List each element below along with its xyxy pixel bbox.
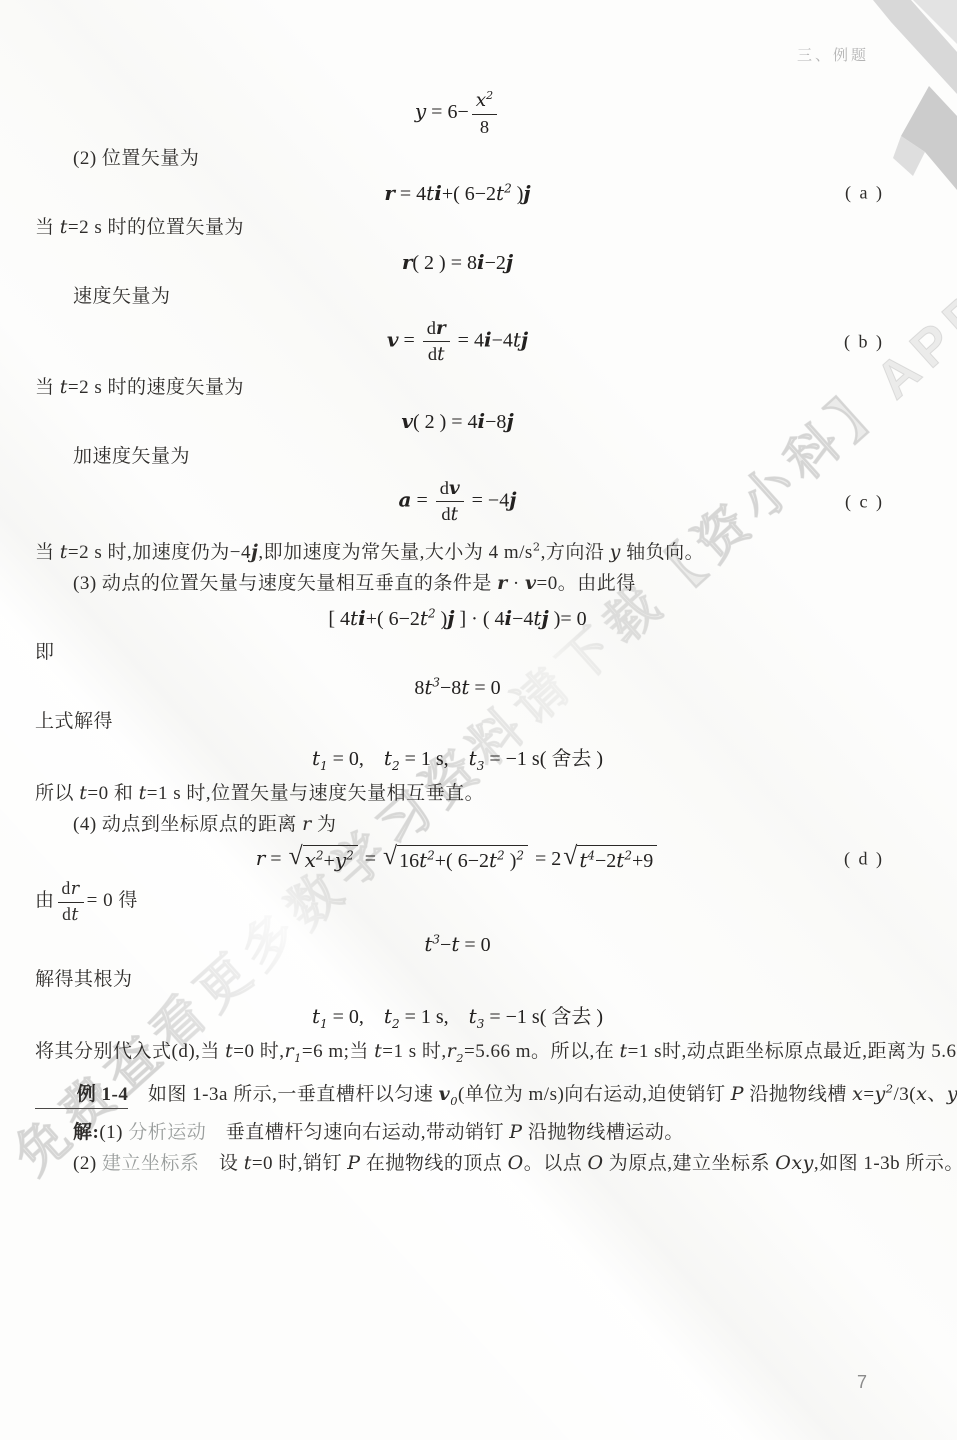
text-run: ) (436, 608, 448, 630)
paragraph: 即 (35, 637, 880, 668)
text-run: −8 (440, 677, 461, 699)
equation: t1 = 0, t2 = 1 s, t3 = −1 s( 舍去 ) (35, 742, 880, 773)
text-run: y (947, 1083, 957, 1105)
paragraph-text: 由drdt= 0 得 (35, 890, 138, 911)
paragraph: (2) 建立坐标系 设 t=0 时,销钉 P 在抛物线的顶点 O。以点 O 为原… (35, 1148, 880, 1179)
text-run: = 6− (426, 101, 469, 123)
text-run: r (436, 318, 446, 339)
text-run: v (387, 328, 399, 352)
paragraph: (4) 动点到坐标原点的距离 r 为 (35, 809, 880, 840)
text-run: = 0 (459, 934, 490, 956)
text-run: v (525, 572, 537, 594)
text-run: 0 (450, 1094, 458, 1108)
text-run: =0。由此得 (537, 573, 636, 594)
text-run: =0 和 (87, 783, 138, 804)
text-run: = 0 得 (87, 890, 138, 911)
paragraph: 将其分别代入式(d),当 t=0 时,r1=6 m;当 t=1 s 时,r2=5… (35, 1036, 880, 1074)
text-run: t (60, 376, 68, 398)
text-run: 1 (320, 1017, 328, 1031)
text-run: P (347, 1152, 360, 1174)
text-run: r (302, 813, 312, 835)
paragraph-text: 解得其根为 (35, 969, 133, 990)
equation: v = drdt = 4i−4tj( b ) (35, 317, 880, 367)
text-run: 解: (73, 1122, 99, 1143)
text-run: i (477, 250, 485, 274)
text-run: 2 (427, 849, 435, 863)
text-run: 轴负向。 (621, 542, 704, 563)
text-run: 3 (432, 675, 440, 689)
equation-label: ( d ) (844, 849, 884, 870)
text-run: 2 (346, 849, 354, 863)
text-run: )= 0 (549, 608, 587, 630)
radical-expression: √t4−2t2+9 (563, 845, 657, 873)
text-run: d (427, 318, 436, 338)
text-run: = 4 (395, 183, 426, 205)
text-run: t (60, 216, 68, 238)
text-run: 沿抛物线槽运动。 (523, 1122, 684, 1143)
logo-shape-diamond (901, 86, 957, 190)
text-run: (2) (73, 1153, 102, 1174)
text-run: = (360, 848, 381, 870)
text-run: = 1 s, (400, 1006, 469, 1028)
text-run: t (426, 181, 434, 205)
text-run: x (916, 1083, 927, 1105)
text-run: y (875, 1083, 886, 1105)
text-run: =2 s 时,加速度仍为−4 (68, 542, 251, 563)
text-run: 建立坐标系 (102, 1153, 200, 1174)
text-run: O (587, 1152, 603, 1174)
text-run: 为原点,建立坐标系 (604, 1153, 776, 1174)
text-run: 当 (35, 217, 60, 238)
radical-expression: √x2+y2 (289, 845, 358, 873)
text-run: 2 (392, 759, 400, 773)
text-run: d (428, 344, 437, 364)
text-run: y (415, 99, 426, 123)
text-run: = (411, 489, 432, 511)
paragraph: 当 t=2 s 时,加速度仍为−4j,即加速度为常矢量,大小为 4 m/s2,方… (35, 532, 880, 568)
equation: t1 = 0, t2 = 1 s, t3 = −1 s( 含去 ) (35, 1000, 880, 1031)
text-run: 如图 1-3a 所示,一垂直槽杆以匀速 (128, 1084, 438, 1105)
text-run: 4 (587, 849, 595, 863)
text-run: 2 (428, 606, 436, 620)
text-run: = 0 (469, 677, 500, 699)
text-run: 2 (392, 1017, 400, 1031)
text-run: 1 (294, 1051, 302, 1065)
text-run: +9 (632, 850, 653, 872)
equation-body: t1 = 0, t2 = 1 s, t3 = −1 s( 含去 ) (312, 1000, 603, 1031)
text-run: = −4 (467, 489, 510, 511)
text-run: t (469, 1004, 477, 1028)
text-run: 设 (199, 1153, 243, 1174)
equation: r = √x2+y2 = √16t2+( 6−2t2 )2 = 2√t4−2t2… (35, 845, 880, 873)
text-run: 沿抛物线槽 (744, 1084, 852, 1105)
text-run: a (399, 487, 412, 511)
equation: r = 4ti+( 6−2t2 )j( a ) (35, 179, 880, 207)
text-run: =2 s 时的速度矢量为 (68, 377, 244, 398)
text-run: = (863, 1084, 874, 1105)
text-run: j (447, 606, 454, 630)
paragraph: (3) 动点的位置矢量与速度矢量相互垂直的条件是 r · v=0。由此得 (35, 568, 880, 599)
text-run: = 2 (530, 848, 561, 870)
text-run: −4 (512, 608, 533, 630)
equation: t3−t = 0 (35, 931, 880, 959)
text-run: t (350, 606, 358, 630)
text-run: 垂直槽杆匀速向右运动,带动销钉 (206, 1122, 509, 1143)
text-run: t (384, 746, 392, 770)
equation: r( 2 ) = 8i−2j (35, 248, 880, 276)
paragraph: 所以 t=0 和 t=1 s 时,位置矢量与速度矢量相互垂直。 (35, 778, 880, 809)
text-run: j (521, 328, 528, 352)
text-run: = 4 (453, 330, 484, 352)
text-run: =1 s 时, (382, 1041, 446, 1062)
text-run: 速度矢量为 (73, 286, 171, 307)
text-run: i (358, 606, 366, 630)
equation-body: r = 4ti+( 6−2t2 )j (384, 181, 530, 206)
text-run: =1 s时,动点距坐标原点最近,距离为 5.66 m。 (628, 1041, 957, 1062)
equation: y = 6−x28 (35, 89, 880, 138)
text-run: t (469, 746, 477, 770)
equation-body: a = dvdt = −4j (399, 477, 517, 527)
text-run: 由 (35, 890, 55, 911)
text-run: t (496, 181, 504, 205)
paragraph-text: 即 (35, 642, 55, 663)
text-run: t (384, 1004, 392, 1028)
text-run: d (441, 504, 450, 524)
text-run: = (398, 330, 419, 352)
text-run: (单位为 m/s)向右运动,迫使销钉 (458, 1084, 731, 1105)
text-run: v (401, 409, 413, 433)
text-run: 2 (497, 849, 505, 863)
text-run: 2 (486, 89, 493, 102)
text-run: 8 (414, 677, 424, 699)
text-run: t (244, 1152, 252, 1174)
equation-body: v( 2 ) = 4i−8j (401, 409, 513, 434)
text-run: v (449, 478, 460, 499)
text-run: t (620, 1040, 628, 1062)
text-run: r (256, 846, 266, 870)
text-run: dvdt (436, 477, 464, 527)
paragraph-text: 加速度矢量为 (73, 446, 190, 467)
text-run: drdt (58, 878, 84, 926)
text-run: 当 (35, 542, 60, 563)
radical-expression: √16t2+( 6−2t2 )2 (383, 845, 528, 873)
equation-body: t1 = 0, t2 = 1 s, t3 = −1 s( 舍去 ) (312, 742, 603, 773)
text-run: 2 (624, 849, 632, 863)
equation: [ 4ti+( 6−2t2 )j ] · ( 4i−4tj )= 0 (35, 604, 880, 632)
paragraph-text: 将其分别代入式(d),当 t=0 时,r1=6 m;当 t=1 s 时,r2=5… (35, 1041, 957, 1062)
text-run: t (451, 504, 458, 525)
paragraph-text: 当 t=2 s 时,加速度仍为−4j,即加速度为常矢量,大小为 4 m/s2,方… (35, 542, 704, 563)
text-run: = (265, 848, 286, 870)
text-run: ( 2 ) = 8 (412, 252, 477, 274)
text-run: 。以点 (524, 1153, 588, 1174)
text-run: /3( (894, 1084, 917, 1105)
text-run: P (731, 1083, 744, 1105)
text-run: =6 m;当 (302, 1041, 374, 1062)
text-run: 2 (504, 181, 512, 195)
text-run: j (506, 250, 513, 274)
text-run: · (508, 573, 525, 594)
text-run: t (60, 541, 68, 563)
text-run: 解得其根为 (35, 969, 133, 990)
equation-body: r = √x2+y2 = √16t2+( 6−2t2 )2 = 2√t4−2t2… (256, 845, 660, 873)
text-run: ) (512, 183, 524, 205)
text-run: 将其分别代入式(d),当 (35, 1041, 225, 1062)
text-run: r (447, 1040, 457, 1062)
text-run: −4 (492, 330, 513, 352)
text-run: 3 (432, 933, 440, 947)
text-run: = −1 s( 舍去 ) (484, 748, 603, 770)
text-run: 2 (533, 540, 541, 554)
text-run: 在抛物线的顶点 (361, 1153, 508, 1174)
text-run: =0 时,销钉 (252, 1153, 347, 1174)
text-run: drdt (423, 317, 450, 367)
text-run: ,方向沿 (541, 542, 610, 563)
text-run: ] · ( 4 (455, 608, 505, 630)
text-run: 加速度矢量为 (73, 446, 190, 467)
equation-body: v = drdt = 4i−4tj (387, 317, 528, 367)
text-run: (1) (99, 1122, 128, 1143)
text-run: y (335, 848, 346, 872)
paragraph-text: (2) 建立坐标系 设 t=0 时,销钉 P 在抛物线的顶点 O。以点 O 为原… (73, 1153, 957, 1174)
text-run: t (312, 1004, 320, 1028)
text-run: x (852, 1083, 863, 1105)
paragraph-text: 所以 t=0 和 t=1 s 时,位置矢量与速度矢量相互垂直。 (35, 783, 484, 804)
text-run: P (509, 1121, 522, 1143)
equation-body: [ 4ti+( 6−2t2 )j ] · ( 4i−4tj )= 0 (328, 606, 586, 631)
paragraph-text: 例 1-4 如图 1-3a 所示,一垂直槽杆以匀速 v0(单位为 m/s)向右运… (35, 1084, 957, 1105)
text-run: d (62, 878, 71, 898)
text-run: x (305, 848, 316, 872)
text-run: t (419, 848, 427, 872)
paragraph: 例 1-4 如图 1-3a 所示,一垂直槽杆以匀速 v0(单位为 m/s)向右运… (35, 1074, 880, 1117)
text-run: 为 (312, 814, 337, 835)
text-run: 上式解得 (35, 711, 113, 732)
equation-label: ( a ) (845, 183, 884, 204)
text-run: j (506, 409, 513, 433)
text-run: j (541, 606, 548, 630)
text-run: j (509, 487, 516, 511)
text-run: −8 (485, 411, 506, 433)
text-run: ,如图 1-3b 所示。 (814, 1153, 957, 1174)
textbook-page: 免费查看更多数学习资料请下载【资小科】APP 三、例题 y = 6−x28(2)… (0, 0, 957, 1440)
text-run: t (71, 905, 79, 925)
text-run: =0 时, (233, 1041, 284, 1062)
text-run: 即 (35, 642, 55, 663)
paragraph: 加速度矢量为 (35, 441, 880, 472)
text-run: d (440, 478, 449, 498)
text-run: r (285, 1040, 295, 1062)
paragraph: 解得其根为 (35, 964, 880, 995)
text-run: =2 s 时的位置矢量为 (68, 217, 244, 238)
text-run: t (513, 328, 521, 352)
text-run: (4) 动点到坐标原点的距离 (73, 814, 302, 835)
text-run: = 0, (328, 748, 384, 770)
text-run: r (71, 879, 80, 899)
text-run: 1 (320, 759, 328, 773)
paragraph: (2) 位置矢量为 (35, 143, 880, 174)
text-run: t (489, 848, 497, 872)
text-run: t (437, 344, 444, 365)
equation-body: y = 6−x28 (415, 89, 500, 138)
paragraph-text: 上式解得 (35, 711, 113, 732)
equation-label: ( c ) (845, 491, 884, 512)
text-run: 2 (316, 849, 324, 863)
text-run: 2 (456, 1051, 464, 1065)
text-run: 当 (35, 377, 60, 398)
page-number: 7 (857, 1372, 867, 1393)
paragraph: 解:(1) 分析运动 垂直槽杆匀速向右运动,带动销钉 P 沿抛物线槽运动。 (35, 1117, 880, 1148)
text-run: y (610, 541, 621, 563)
paragraph: 由drdt= 0 得 (35, 878, 880, 926)
text-run: r (402, 250, 413, 274)
equation-body: 8t3−8t = 0 (414, 675, 500, 700)
text-run: 所以 (35, 783, 79, 804)
text-run: 2 (886, 1082, 894, 1096)
equation: 8t3−8t = 0 (35, 673, 880, 701)
text-run: Oxy (775, 1152, 814, 1174)
text-run: −2 (595, 850, 616, 872)
text-run: t (312, 746, 320, 770)
paragraph: 当 t=2 s 时的速度矢量为 (35, 372, 880, 403)
text-run: ( 2 ) = 4 (413, 411, 478, 433)
text-run: i (505, 606, 513, 630)
equation: a = dvdt = −4j( c ) (35, 477, 880, 527)
text-run: +( 6−2 (442, 183, 496, 205)
paragraph: 上式解得 (35, 706, 880, 737)
text-run: =1 s 时,位置矢量与速度矢量相互垂直。 (147, 783, 484, 804)
text-run: (2) 位置矢量为 (73, 148, 199, 169)
paragraph-text: 解:(1) 分析运动 垂直槽杆匀速向右运动,带动销钉 P 沿抛物线槽运动。 (73, 1122, 684, 1143)
text-run: 、 (927, 1084, 947, 1105)
paragraph-text: 当 t=2 s 时的速度矢量为 (35, 377, 244, 398)
text-run: = −1 s( 含去 ) (484, 1006, 603, 1028)
paragraph: 当 t=2 s 时的位置矢量为 (35, 212, 880, 243)
paragraph-text: (4) 动点到坐标原点的距离 r 为 (73, 814, 337, 835)
text-run: i (484, 328, 492, 352)
equation: v( 2 ) = 4i−8j (35, 408, 880, 436)
text-run: 16 (399, 850, 419, 872)
text-run: −2 (485, 252, 506, 274)
equation-body: t3−t = 0 (424, 932, 490, 957)
text-run: [ 4 (328, 608, 350, 630)
paragraph-text: 速度矢量为 (73, 286, 171, 307)
text-run: ) (505, 850, 517, 872)
content-blocks: y = 6−x28(2) 位置矢量为r = 4ti+( 6−2t2 )j( a … (35, 84, 880, 1179)
text-run: v (439, 1083, 451, 1105)
text-run: r (497, 572, 508, 594)
text-run: ,即加速度为常矢量,大小为 4 m/s (258, 542, 532, 563)
text-run: 分析运动 (128, 1122, 206, 1143)
text-run: i (478, 409, 486, 433)
text-run: x (476, 90, 486, 111)
text-run: 2 (516, 849, 524, 863)
text-run: j (523, 181, 530, 205)
paragraph-text: (3) 动点的位置矢量与速度矢量相互垂直的条件是 r · v=0。由此得 (73, 573, 636, 594)
text-run: +( 6−2 (435, 850, 489, 872)
text-run: =5.66 m。所以,在 (464, 1041, 620, 1062)
text-run: x28 (472, 89, 497, 138)
text-run: + (324, 850, 335, 872)
text-run: = 1 s, (400, 748, 469, 770)
text-run: t (139, 782, 147, 804)
paragraph-text: (2) 位置矢量为 (73, 148, 199, 169)
text-run: 例 1-4 (35, 1084, 128, 1109)
text-run: +( 6−2 (366, 608, 420, 630)
text-run: O (508, 1152, 524, 1174)
paragraph: 速度矢量为 (35, 281, 880, 312)
text-run: = 0, (328, 1006, 384, 1028)
running-head: 三、例题 (797, 44, 869, 65)
text-run: t (420, 606, 428, 630)
section-title: 三、例题 (797, 47, 869, 64)
equation-body: r( 2 ) = 8i−2j (402, 250, 513, 275)
paragraph-text: 当 t=2 s 时的位置矢量为 (35, 217, 244, 238)
text-run: r (384, 181, 395, 205)
text-run: (3) 动点的位置矢量与速度矢量相互垂直的条件是 (73, 573, 497, 594)
text-run: 8 (480, 117, 489, 137)
equation-label: ( b ) (844, 331, 884, 352)
text-run: i (434, 181, 442, 205)
text-run: − (440, 934, 451, 956)
